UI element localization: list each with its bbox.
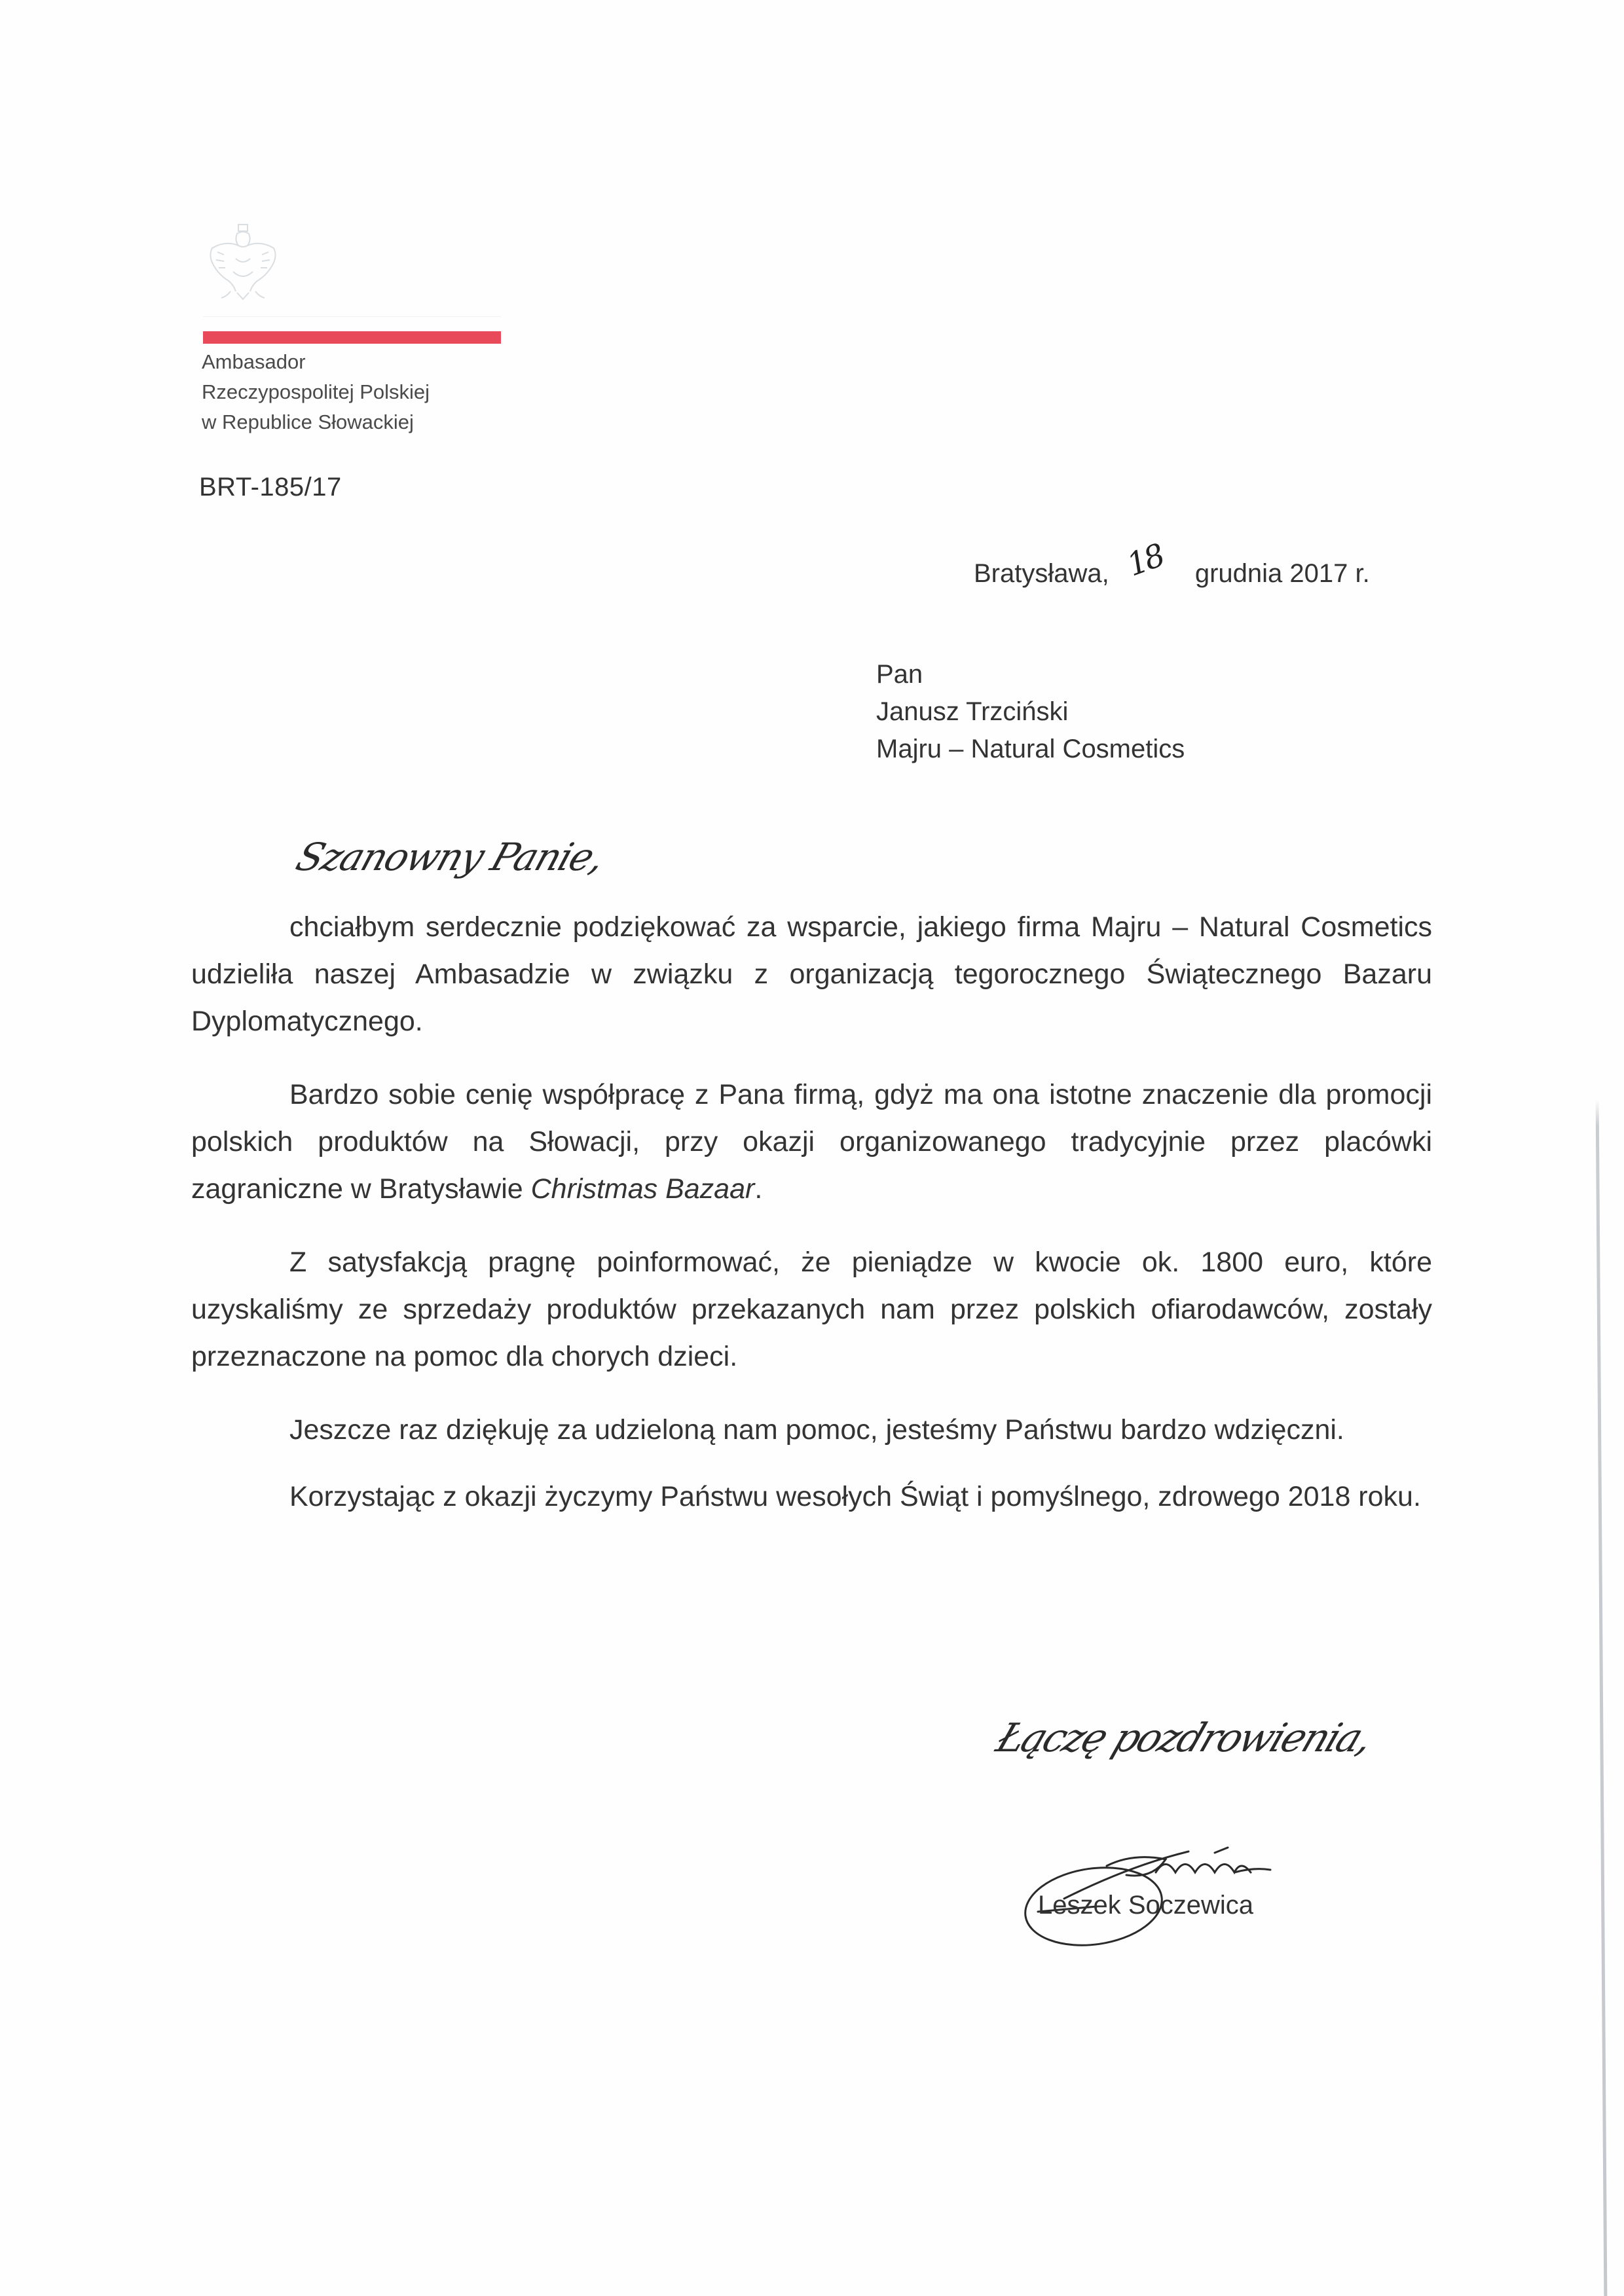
- signature-block: Leszek Soczewica: [1018, 1833, 1359, 1951]
- recipient-name: Janusz Trzciński: [876, 693, 1185, 731]
- reference-number: BRT-185/17: [199, 473, 342, 502]
- event-name: Christmas Bazaar: [531, 1173, 755, 1205]
- salutation-handwritten: Szanowny Panie,: [291, 835, 610, 879]
- letterhead-divider: [203, 316, 501, 317]
- date-month-year: grudnia 2017 r.: [1195, 559, 1370, 588]
- letter-body: chciałbym serdecznie podziękować za wspa…: [191, 903, 1432, 1546]
- salutation: Szanowny Panie,: [298, 822, 724, 894]
- body-text: .: [754, 1173, 762, 1205]
- recipient-block: Pan Janusz Trzciński Majru – Natural Cos…: [876, 656, 1185, 768]
- letterhead-red-bar: [203, 331, 501, 344]
- scan-edge-line: [1596, 1100, 1608, 2296]
- body-text: Bardzo sobie cenię współpracę z Pana fir…: [191, 1079, 1432, 1205]
- body-paragraph: Bardzo sobie cenię współpracę z Pana fir…: [191, 1071, 1432, 1212]
- sender-line-country: Rzeczypospolitej Polskiej: [202, 377, 430, 407]
- sender-line-location: w Republice Słowackiej: [202, 407, 430, 437]
- recipient-company: Majru – Natural Cosmetics: [876, 731, 1185, 768]
- sender-block: Ambasador Rzeczypospolitej Polskiej w Re…: [202, 347, 430, 437]
- body-paragraph: Korzystając z okazji życzymy Państwu wes…: [191, 1473, 1432, 1520]
- body-paragraph: Z satysfakcją pragnę poinformować, że pi…: [191, 1239, 1432, 1380]
- signatory-name: Leszek Soczewica: [1038, 1891, 1253, 1920]
- date-day-handwritten: 18: [1122, 538, 1168, 584]
- closing-handwritten: Łączę pozdrowienia,: [990, 1715, 1378, 1761]
- closing: Łączę pozdrowienia,: [999, 1709, 1470, 1781]
- body-paragraph: Jeszcze raz dziękuję za udzieloną nam po…: [191, 1406, 1432, 1453]
- polish-eagle-emblem-icon: [204, 219, 282, 304]
- date-city: Bratysława,: [974, 559, 1109, 589]
- date-line: Bratysława,18grudnia 2017 r.: [974, 553, 1370, 590]
- sender-line-title: Ambasador: [202, 347, 430, 377]
- recipient-honorific: Pan: [876, 656, 1185, 693]
- letter-page: Ambasador Rzeczypospolitej Polskiej w Re…: [0, 0, 1624, 2296]
- body-paragraph: chciałbym serdecznie podziękować za wspa…: [191, 903, 1432, 1045]
